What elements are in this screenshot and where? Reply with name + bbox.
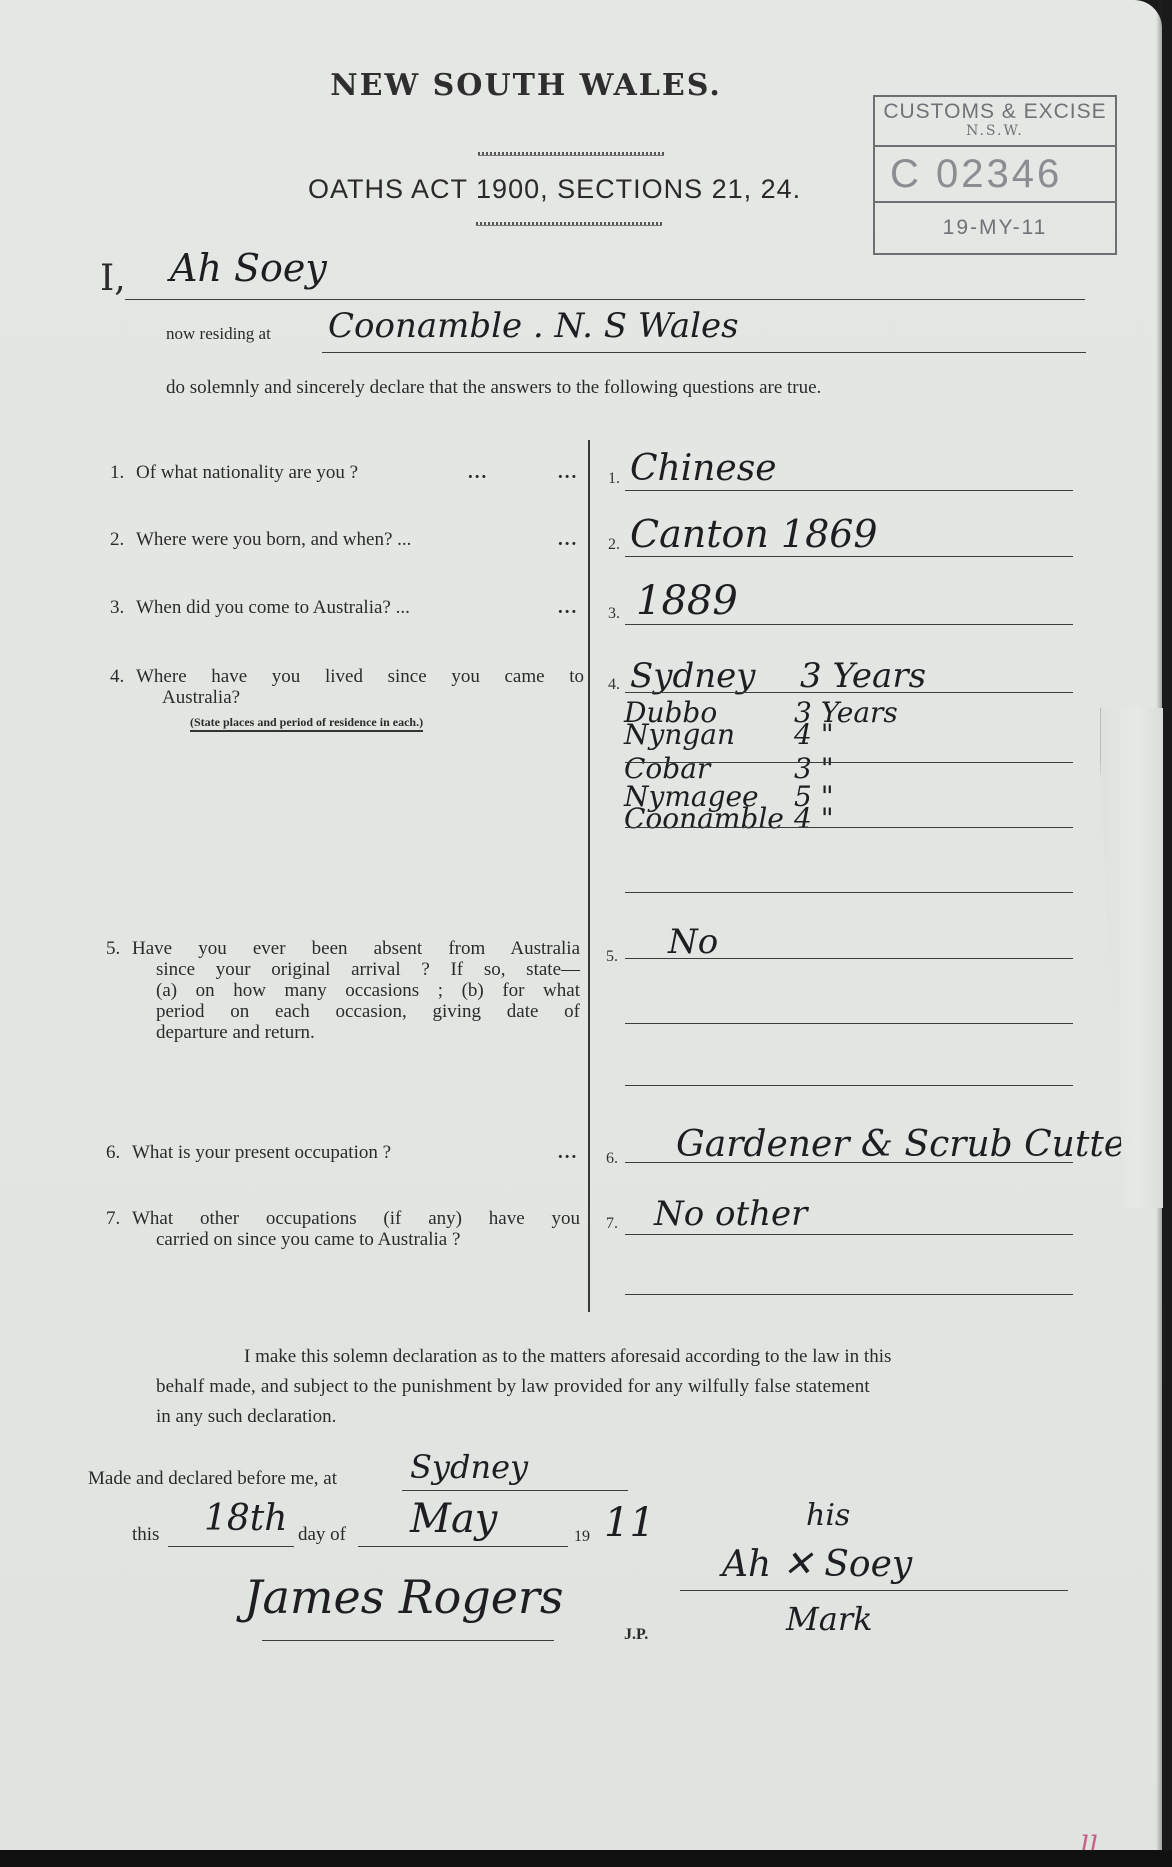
leader-dots: ... [468, 462, 488, 483]
day-of-label: day of [298, 1524, 346, 1546]
question-text: Of what nationality are you ? [136, 462, 358, 483]
made-declared-label: Made and declared before me, at [88, 1468, 337, 1490]
question-6: 6.What is your present occupation ? [106, 1142, 391, 1163]
stamp-date: 19-MY-11 [875, 203, 1115, 253]
leader-dots: ... [558, 529, 578, 550]
heading-ornament-rule [478, 152, 664, 156]
question-2: 2.Where were you born, and when? ... [110, 529, 411, 550]
subheading-ornament-rule [476, 222, 662, 226]
question-4: 4. Where have you lived since you came t… [110, 666, 584, 733]
question-1: 1.Of what nationality are you ? [110, 462, 358, 483]
declared-day: 18th [204, 1498, 287, 1539]
solemn-line-1: I make this solemn declaration as to the… [244, 1346, 891, 1368]
answer-line [625, 1162, 1073, 1163]
residence-place: Nyngan [624, 718, 794, 751]
answer-line [625, 762, 1073, 763]
residence-value: Coonamble . N. S Wales [328, 306, 739, 346]
question-number: 6. [106, 1142, 132, 1163]
question-text-continued: (a) on how many occasions ; (b) for what [106, 980, 580, 1001]
residence-period: 4 " [794, 802, 834, 835]
answer-line [625, 1085, 1073, 1086]
answer-number: 4. [608, 676, 620, 694]
answer-number: 1. [608, 470, 620, 488]
residence-period: 3 Years [800, 656, 926, 696]
jp-signature-line [262, 1640, 554, 1641]
question-3: 3.When did you come to Australia? ... [110, 597, 410, 618]
residing-label: now residing at [166, 324, 271, 344]
declaration-intro: do solemnly and sincerely declare that t… [166, 377, 821, 399]
customs-stamp: CUSTOMS & EXCISE N.S.W. C 02346 19-MY-11 [873, 95, 1117, 255]
answer-3-arrival: 1889 [636, 578, 738, 624]
residence-entry: Coonamble4 " [624, 802, 834, 835]
question-text-continued: Australia? [110, 687, 584, 708]
answer-line [625, 1234, 1073, 1235]
answer-line [625, 692, 1073, 693]
solemn-line-2: behalf made, and subject to the punishme… [156, 1376, 870, 1398]
answer-line [625, 556, 1073, 557]
residence-line [322, 352, 1086, 353]
question-text-continued: carried on since you came to Australia ? [106, 1229, 580, 1250]
residence-place: Coonamble [624, 802, 794, 835]
answer-line [625, 958, 1073, 959]
question-text: 5.Have you ever been absent from Austral… [106, 938, 580, 959]
answer-line [625, 624, 1073, 625]
this-label: this [132, 1524, 159, 1546]
residence-entry: Sydney3 Years [630, 656, 926, 696]
declarant-prefix: I, [100, 258, 126, 299]
question-number: 3. [110, 597, 136, 618]
declarant-name: Ah Soey [170, 246, 327, 290]
page-bottom-edge [0, 1850, 1172, 1867]
answer-line [625, 827, 1073, 828]
solemn-line-3: in any such declaration. [156, 1406, 336, 1428]
place-line [402, 1490, 628, 1491]
mark-line [680, 1590, 1068, 1591]
answer-line [625, 1023, 1073, 1024]
question-number: 7. [106, 1208, 132, 1229]
answer-5-absence: No [668, 922, 718, 962]
question-number: 2. [110, 529, 136, 550]
jp-label: J.P. [624, 1626, 648, 1644]
residence-entry: Nyngan4 " [624, 718, 834, 751]
name-line [125, 299, 1085, 300]
answer-2-birth: Canton 1869 [630, 512, 878, 556]
question-number: 1. [110, 462, 136, 483]
declared-month: May [410, 1496, 497, 1542]
residence-period: 4 " [794, 718, 834, 751]
leader-dots: ... [558, 462, 578, 483]
mark-name: Ah ✕ Soey [722, 1544, 912, 1585]
answer-6-occupation: Gardener & Scrub Cutter [676, 1124, 1142, 1165]
answer-number: 2. [608, 536, 620, 554]
answer-7-other-occupations: No other [654, 1194, 807, 1234]
question-text: When did you come to Australia? ... [136, 597, 410, 618]
answer-line [625, 892, 1073, 893]
question-number: 5. [106, 938, 132, 959]
leader-dots: ... [558, 1142, 578, 1163]
answer-1-nationality: Chinese [630, 448, 777, 489]
column-divider [588, 440, 590, 1312]
mark-his: his [806, 1498, 850, 1533]
jp-signature: James Rogers [244, 1570, 564, 1624]
month-line [358, 1546, 568, 1547]
year-prefix: 19 [574, 1528, 590, 1546]
leader-dots: ... [558, 597, 578, 618]
question-5: 5.Have you ever been absent from Austral… [106, 938, 580, 1043]
question-text: Where have you lived since you came to [136, 666, 584, 687]
answer-number: 7. [606, 1215, 618, 1233]
stamp-line1: CUSTOMS & EXCISE [875, 97, 1115, 124]
answer-number: 3. [608, 605, 620, 623]
mark-label: Mark [786, 1600, 873, 1638]
document-subheading: OATHS ACT 1900, SECTIONS 21, 24. [308, 174, 801, 205]
stamp-number: C 02346 [875, 147, 1115, 203]
answer-line [625, 1294, 1073, 1295]
answer-number: 6. [606, 1150, 618, 1168]
declared-year-suffix: 11 [604, 1500, 655, 1546]
answer-line [625, 490, 1073, 491]
question-text: Where were you born, and when? ... [136, 529, 411, 550]
day-line [168, 1546, 294, 1547]
question-text-continued: since your original arrival ? If so, sta… [106, 959, 580, 980]
question-7: 7. What other occupations (if any) have … [106, 1208, 580, 1250]
question-text: What other occupations (if any) have you [132, 1208, 580, 1229]
question-text-continued: departure and return. [106, 1022, 580, 1043]
question-text-continued: period on each occasion, giving date of [106, 1001, 580, 1022]
question-text: What is your present occupation ? [132, 1142, 391, 1163]
question-number: 4. [110, 666, 136, 687]
question-note: (State places and period of residence in… [190, 715, 423, 732]
declared-place: Sydney [410, 1448, 528, 1486]
answer-number: 5. [606, 948, 618, 966]
stamp-line2: N.S.W. [875, 124, 1115, 138]
residence-place: Sydney [630, 656, 800, 696]
